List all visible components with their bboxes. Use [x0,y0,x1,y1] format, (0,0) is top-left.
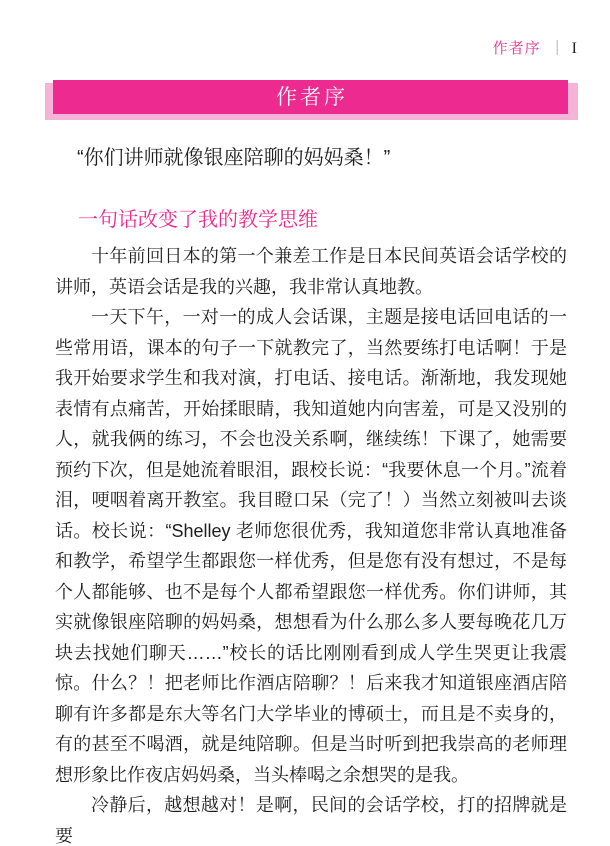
opening-quote: “你们讲师就像银座陪聊的妈妈桑！” [77,143,567,173]
chapter-title: 作者序 [273,87,348,108]
running-head-section-title: 作者序 [493,40,541,57]
section-heading: 一句话改变了我的教学思维 [78,205,567,235]
body-paragraph-2: 一天下午，一对一的成人会话课，主题是接电话回电话的一些常用语，课本的句子一下就教… [55,302,567,790]
running-head: 作者序｜I [493,40,577,57]
book-page: 作者序｜I 作者序 “你们讲师就像银座陪聊的妈妈桑！” 一句话改变了我的教学思维… [0,0,610,846]
page-number: I [572,40,577,57]
page-content: “你们讲师就像银座陪聊的妈妈桑！” 一句话改变了我的教学思维 十年前回日本的第一… [55,143,567,846]
body-paragraph-1: 十年前回日本的第一个兼差工作是日本民间英语会话学校的讲师，英语会话是我的兴趣，我… [55,241,567,302]
chapter-banner: 作者序 [45,80,578,121]
body-paragraph-3: 冷静后，越想越对！是啊，民间的会话学校，打的招牌就是要 [55,790,567,846]
running-head-divider: ｜ [550,40,565,57]
banner-bar: 作者序 [53,80,568,114]
